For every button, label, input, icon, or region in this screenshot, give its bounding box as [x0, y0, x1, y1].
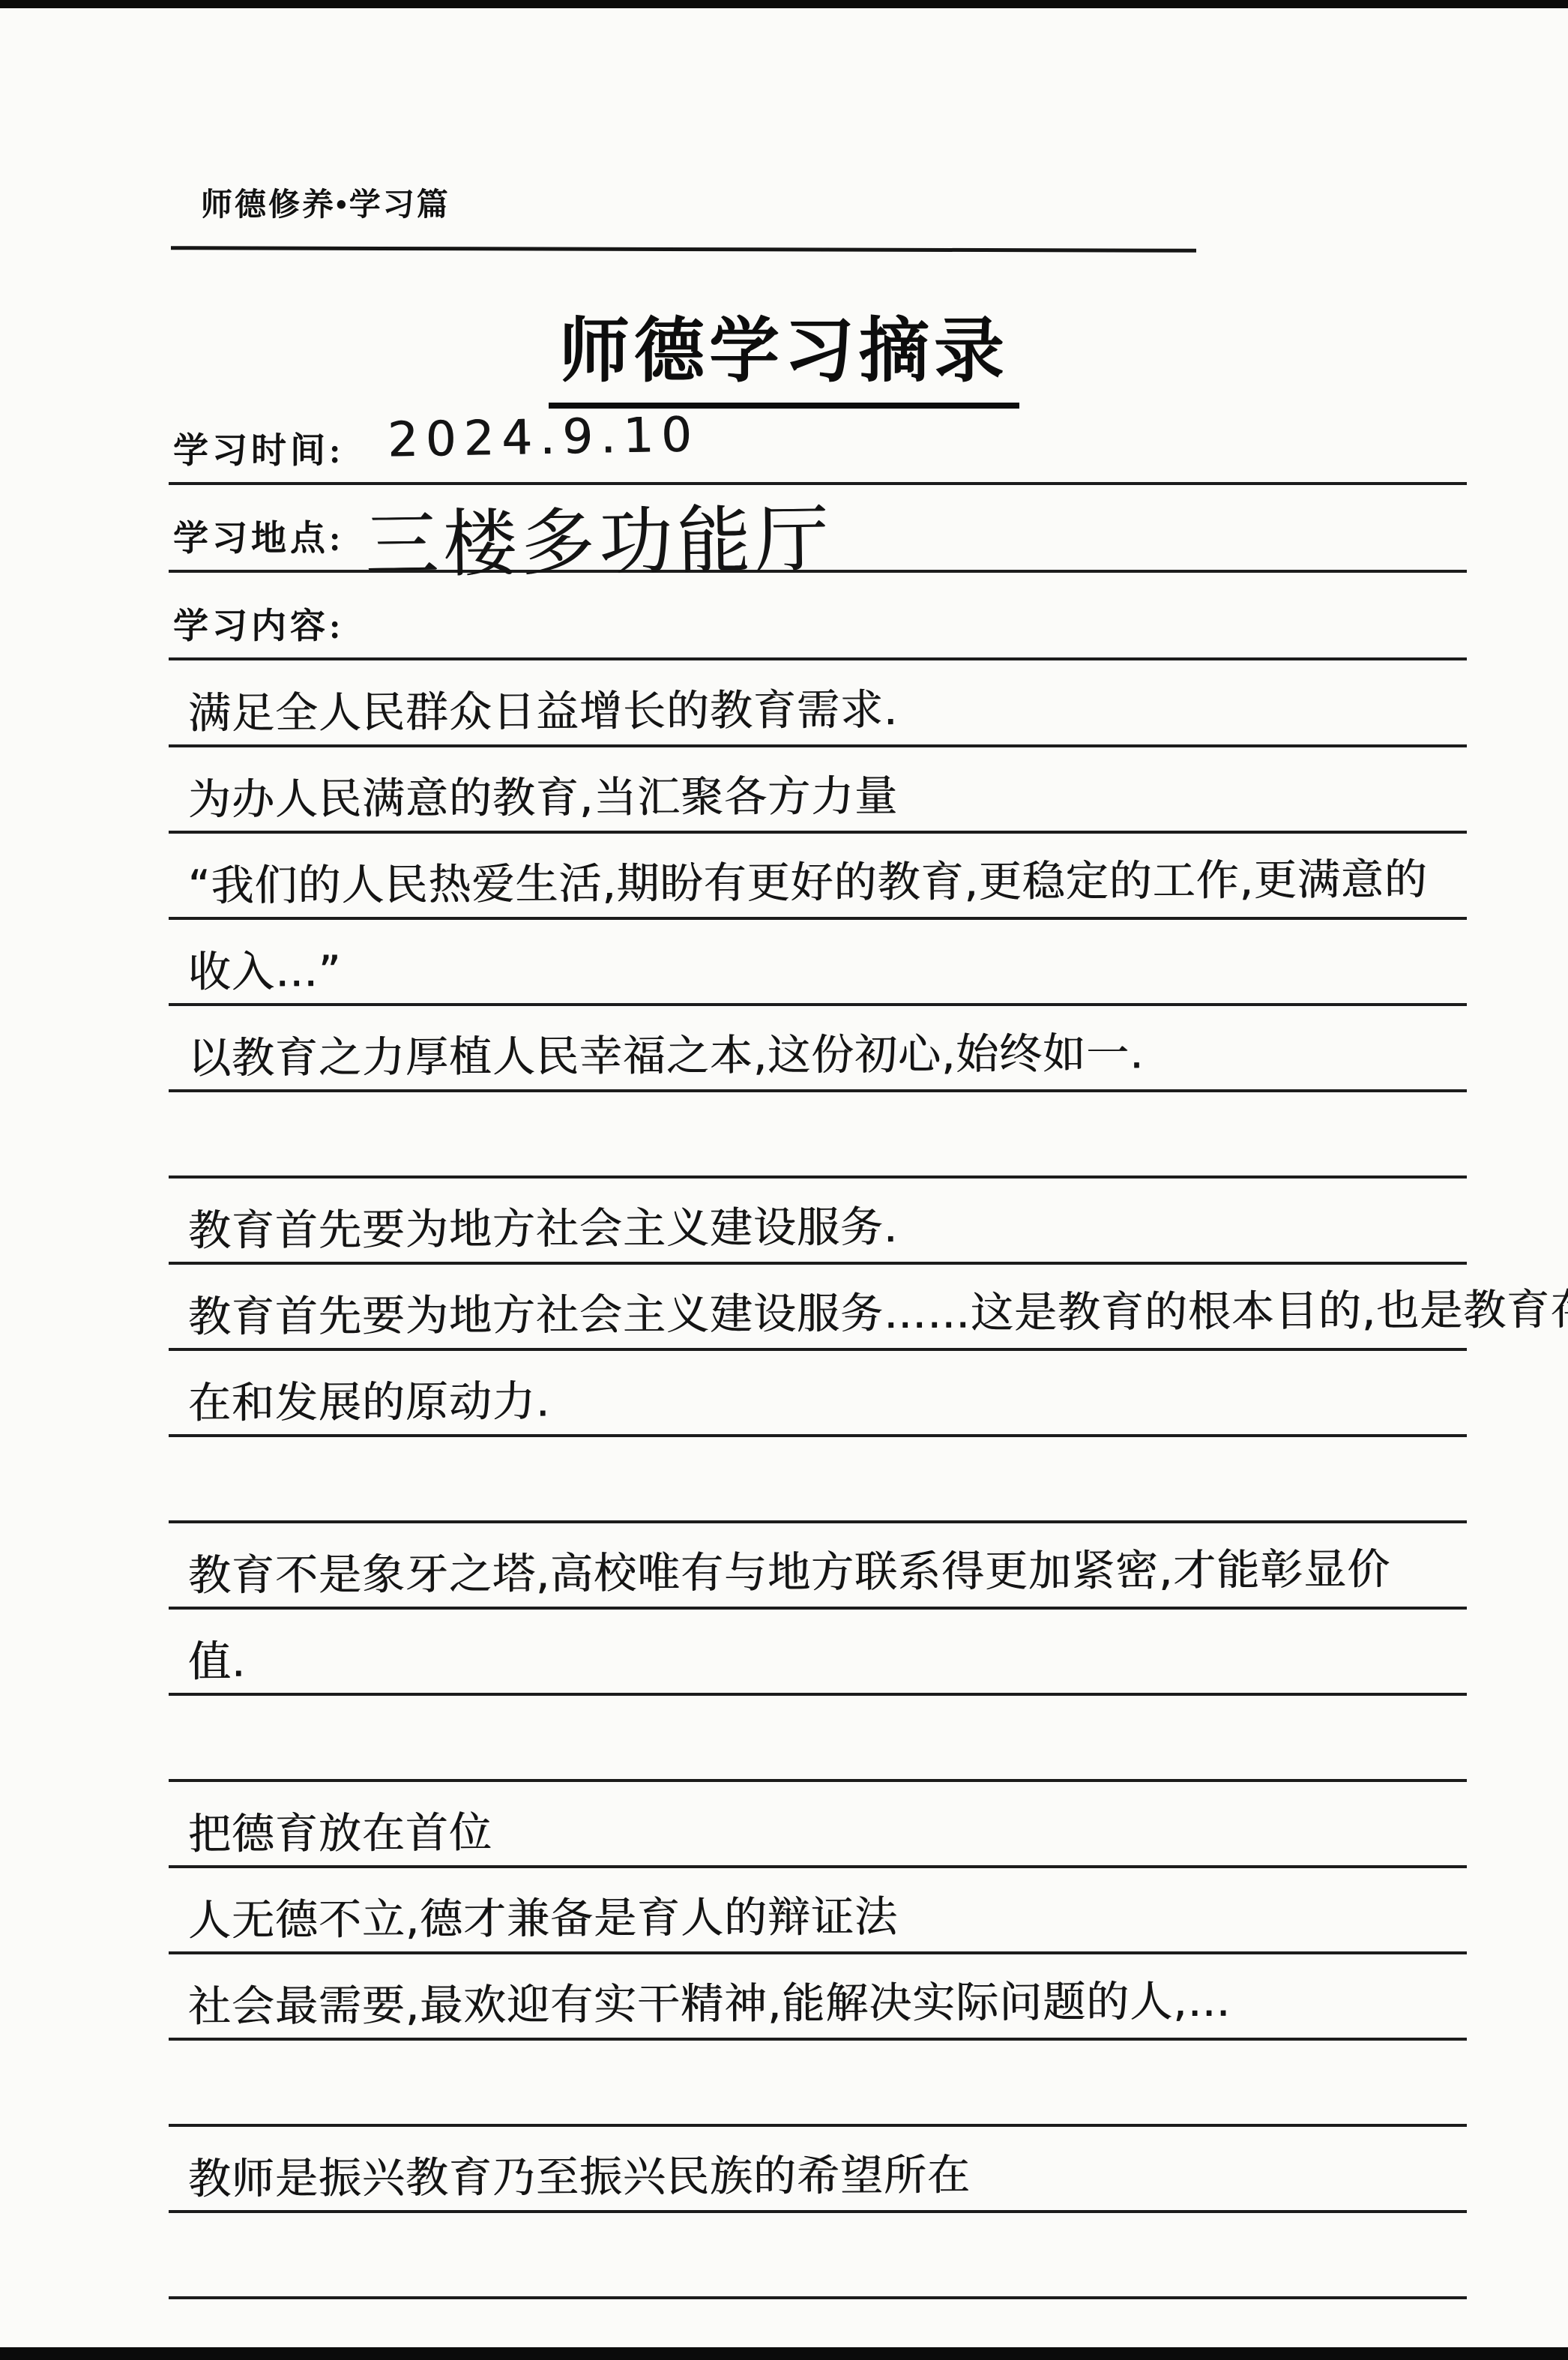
scan-edge-top — [0, 0, 1568, 8]
ruled-line: 收入…” — [169, 1003, 1467, 1006]
handwritten-line: 社会最需要,最欢迎有实干精神,能解决实际问题的人,… — [188, 1967, 1231, 2034]
handwritten-line: 满足全人民群众日益增长的教育需求. — [188, 675, 899, 741]
document-title: 师德学习摘录 — [549, 294, 1019, 409]
field-value-study-place: 三楼多功能厅 — [364, 481, 833, 593]
ruled-line: 教育首先要为地方社会主义建设服务……这是教育的根本目的,也是教育存 — [169, 1348, 1467, 1351]
handwritten-line: 教师是振兴教育乃至振兴民族的希望所在 — [188, 2141, 971, 2206]
document-series-header: 师德修养•学习篇 — [201, 180, 450, 225]
handwritten-line: 以教育之力厚植人民幸福之本,这份初心,始终如一. — [188, 1019, 1145, 1086]
ruled-line: 在和发展的原动力. — [169, 1434, 1467, 1437]
handwritten-line: 在和发展的原动力. — [188, 1367, 551, 1430]
ruled-line: 教育首先要为地方社会主义建设服务. — [169, 1262, 1467, 1265]
ruled-line — [169, 1779, 1467, 1782]
ruled-line — [169, 1520, 1467, 1523]
handwritten-line: “我们的人民热爱生活,期盼有更好的教育,更稳定的工作,更满意的 — [188, 845, 1428, 913]
ruled-line: 社会最需要,最欢迎有实干精神,能解决实际问题的人,… — [169, 2038, 1467, 2041]
ruled-line: 人无德不立,德才兼备是育人的辩证法 — [169, 1951, 1467, 1954]
document-title-wrap: 师德学习摘录 — [0, 294, 1568, 409]
ruled-line: “我们的人民热爱生活,期盼有更好的教育,更稳定的工作,更满意的 — [169, 917, 1467, 920]
ruled-line: 满足全人民群众日益增长的教育需求. — [169, 744, 1467, 747]
handwritten-line: 把德育放在首位 — [188, 1798, 492, 1861]
field-row-study-place: 学习地点: 三楼多功能厅 — [169, 570, 1467, 573]
field-value-study-time: 2024.9.10 — [387, 407, 699, 468]
ruled-line: 以教育之力厚植人民幸福之本,这份初心,始终如一. — [169, 1089, 1467, 1092]
ruled-line: 为办人民满意的教育,当汇聚各方力量 — [169, 831, 1467, 834]
ruled-line — [169, 2296, 1467, 2299]
ruled-line — [169, 2124, 1467, 2127]
ruled-line: 值. — [169, 1693, 1467, 1696]
handwritten-line: 教育首先要为地方社会主义建设服务……这是教育的根本目的,也是教育存 — [188, 1275, 1568, 1344]
field-label-study-content: 学习内容: — [173, 598, 345, 648]
handwritten-line: 教育首先要为地方社会主义建设服务. — [188, 1193, 899, 1258]
scan-edge-bottom — [0, 2347, 1568, 2360]
field-label-study-time: 学习时间: — [173, 423, 345, 473]
header-rule — [171, 246, 1196, 253]
ruled-line — [169, 1176, 1467, 1179]
document-page: 师德修养•学习篇 师德学习摘录 学习时间: 2024.9.10 学习地点: 三楼… — [0, 0, 1568, 2360]
handwritten-line: 教育不是象牙之塔,高校唯有与地方联系得更加紧密,才能彰显价 — [188, 1535, 1391, 1603]
handwritten-line: 人无德不立,德才兼备是育人的辩证法 — [188, 1882, 899, 1948]
field-label-study-place: 学习地点: — [173, 511, 345, 561]
field-row-study-content: 学习内容: — [169, 657, 1467, 660]
ruled-line: 教育不是象牙之塔,高校唯有与地方联系得更加紧密,才能彰显价 — [169, 1607, 1467, 1610]
handwritten-line: 值. — [188, 1628, 247, 1689]
ruled-line: 教师是振兴教育乃至振兴民族的希望所在 — [169, 2210, 1467, 2213]
handwritten-line: 为办人民满意的教育,当汇聚各方力量 — [188, 762, 899, 827]
handwritten-line: 收入…” — [188, 937, 342, 999]
ruled-line: 把德育放在首位 — [169, 1865, 1467, 1868]
